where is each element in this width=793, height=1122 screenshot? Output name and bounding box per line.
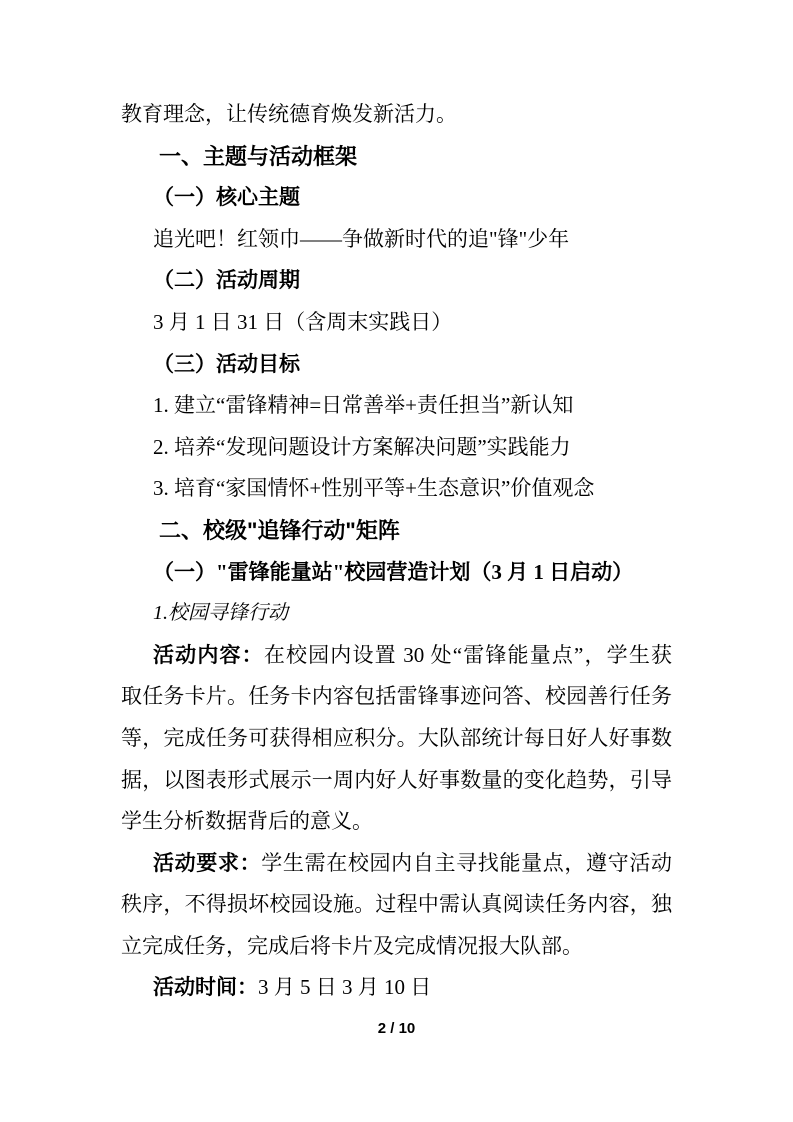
list-item-goal-2: 2. 培养“发现问题设计方案解决问题”实践能力 xyxy=(121,427,672,469)
heading-sub-activity-period: （二）活动周期 xyxy=(121,260,672,302)
document-content: 教育理念，让传统德育焕发新活力。 一、主题与活动框架 （一）核心主题 追光吧！红… xyxy=(121,94,672,1009)
paragraph-activity-requirements-line-1: 活动要求：学生需在校园内自主寻找能量点，遵守活动 xyxy=(121,843,672,885)
list-item-goal-1: 1. 建立“雷锋精神=日常善举+责任担当”新认知 xyxy=(121,385,672,427)
heading-section-2: 二、校级"追锋行动"矩阵 xyxy=(121,510,672,552)
paragraph-activity-content-line-4: 据，以图表形式展示一周内好人好事数量的变化趋势，引导 xyxy=(121,760,672,802)
heading-sub-core-theme: （一）核心主题 xyxy=(121,177,672,219)
paragraph-line: 教育理念，让传统德育焕发新活力。 xyxy=(121,94,672,136)
heading-section-1: 一、主题与活动框架 xyxy=(121,136,672,178)
paragraph-activity-content-line-1: 活动内容：在校园内设置 30 处“雷锋能量点”，学生获 xyxy=(121,635,672,677)
footer-page-number: 2 / 10 xyxy=(0,1020,793,1037)
heading-sub-energy-station-plan: （一）"雷锋能量站"校园营造计划（3 月 1 日启动） xyxy=(121,552,672,594)
paragraph-activity-time: 活动时间：3 月 5 日 3 月 10 日 xyxy=(121,967,672,1009)
heading-sub-activity-goals: （三）活动目标 xyxy=(121,344,672,386)
paragraph-lead-label: 活动要求： xyxy=(153,851,261,875)
paragraph-lead-label: 活动内容： xyxy=(153,643,264,667)
paragraph-activity-requirements-line-3: 立完成任务，完成后将卡片及完成情况报大队部。 xyxy=(121,926,672,968)
heading-sub-item-campus-action: 1.校园寻锋行动 xyxy=(121,593,672,635)
paragraph-lead-label: 活动时间： xyxy=(153,975,258,999)
paragraph-text: 3 月 5 日 3 月 10 日 xyxy=(258,975,431,999)
paragraph-activity-content-line-3: 等，完成任务可获得相应积分。大队部统计每日好人好事数 xyxy=(121,718,672,760)
paragraph-theme-slogan: 追光吧！红领巾——争做新时代的追"锋"少年 xyxy=(121,219,672,261)
list-item-goal-3: 3. 培育“家国情怀+性别平等+生态意识”价值观念 xyxy=(121,468,672,510)
paragraph-activity-content-line-5: 学生分析数据背后的意义。 xyxy=(121,801,672,843)
paragraph-activity-requirements-line-2: 秩序，不得损坏校园设施。过程中需认真阅读任务内容，独 xyxy=(121,884,672,926)
paragraph-text: 学生需在校园内自主寻找能量点，遵守活动 xyxy=(261,851,672,875)
paragraph-activity-content-line-2: 取任务卡片。任务卡内容包括雷锋事迹问答、校园善行任务 xyxy=(121,676,672,718)
paragraph-period-dates: 3 月 1 日 31 日（含周末实践日） xyxy=(121,302,672,344)
document-page: 教育理念，让传统德育焕发新活力。 一、主题与活动框架 （一）核心主题 追光吧！红… xyxy=(0,0,793,1122)
paragraph-text: 在校园内设置 30 处“雷锋能量点”，学生获 xyxy=(264,643,672,667)
